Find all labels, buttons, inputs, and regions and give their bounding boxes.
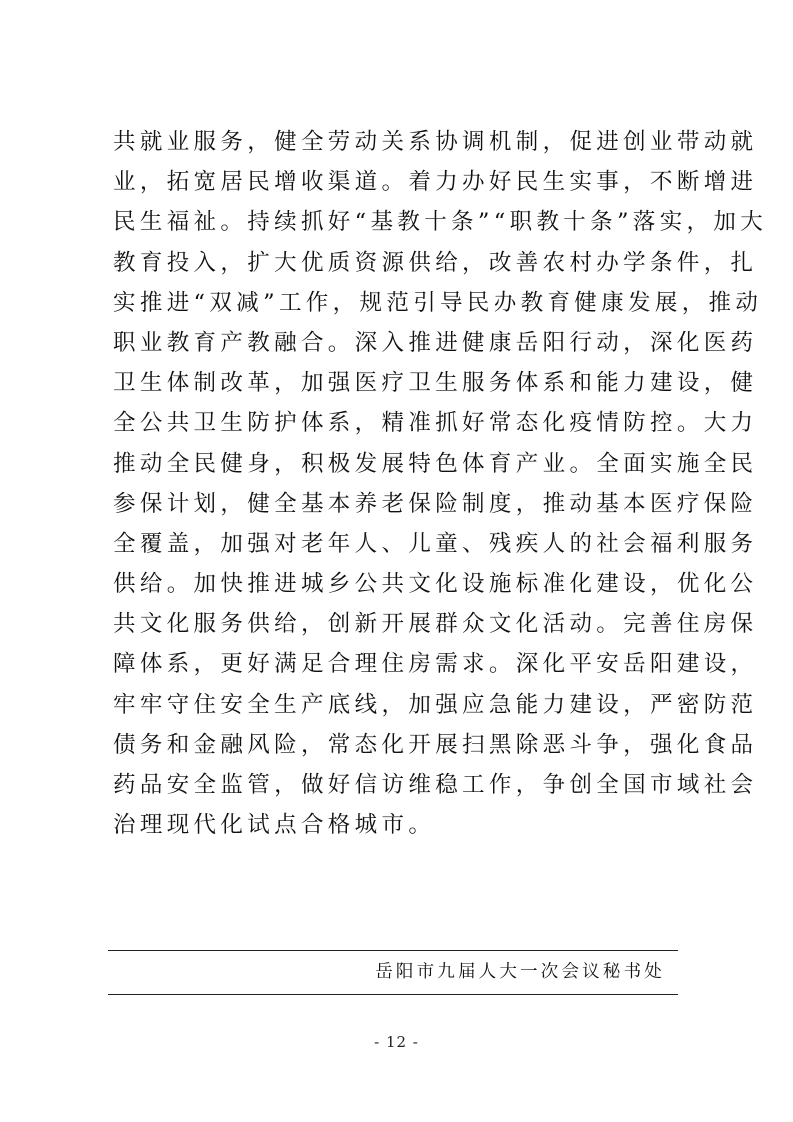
footer-top-rule <box>108 950 678 951</box>
page-number: - 12 - <box>0 1032 793 1052</box>
text-line: 牢牢守住安全生产底线，加强应急能力建设，严密防范 <box>113 685 683 725</box>
text-line: 共就业服务，健全劳动关系协调机制，促进创业带动就 <box>113 122 683 162</box>
text-line: 实推进“双减”工作，规范引导民办教育健康发展，推动 <box>113 283 683 323</box>
text-line: 民生福祉。持续抓好“基教十条”“职教十条”落实，加大 <box>113 202 683 242</box>
text-line: 供给。加快推进城乡公共文化设施标准化建设，优化公 <box>113 564 683 604</box>
text-line: 参保计划，健全基本养老保险制度，推动基本医疗保险 <box>113 484 683 524</box>
document-page: 共就业服务，健全劳动关系协调机制，促进创业带动就 业，拓宽居民增收渠道。着力办好… <box>0 0 793 1122</box>
text-line: 障体系，更好满足合理住房需求。深化平安岳阳建设， <box>113 644 683 684</box>
body-text: 共就业服务，健全劳动关系协调机制，促进创业带动就 业，拓宽居民增收渠道。着力办好… <box>113 122 683 845</box>
text-line: 债务和金融风险，常态化开展扫黑除恶斗争，强化食品 <box>113 725 683 765</box>
text-line: 药品安全监管，做好信访维稳工作，争创全国市域社会 <box>113 765 683 805</box>
text-line: 教育投入，扩大优质资源供给，改善农村办学条件，扎 <box>113 243 683 283</box>
text-line: 职业教育产教融合。深入推进健康岳阳行动，深化医药 <box>113 323 683 363</box>
footer-organization: 岳阳市九届人大一次会议秘书处 <box>375 957 665 987</box>
footer-bottom-rule <box>108 994 678 995</box>
text-line: 推动全民健身，积极发展特色体育产业。全面实施全民 <box>113 444 683 484</box>
text-line: 业，拓宽居民增收渠道。着力办好民生实事，不断增进 <box>113 162 683 202</box>
text-line-last: 治理现代化试点合格城市。 <box>113 805 683 845</box>
text-line: 卫生体制改革，加强医疗卫生服务体系和能力建设，健 <box>113 363 683 403</box>
text-line: 全公共卫生防护体系，精准抓好常态化疫情防控。大力 <box>113 403 683 443</box>
text-line: 全覆盖，加强对老年人、儿童、残疾人的社会福利服务 <box>113 524 683 564</box>
text-line: 共文化服务供给，创新开展群众文化活动。完善住房保 <box>113 604 683 644</box>
